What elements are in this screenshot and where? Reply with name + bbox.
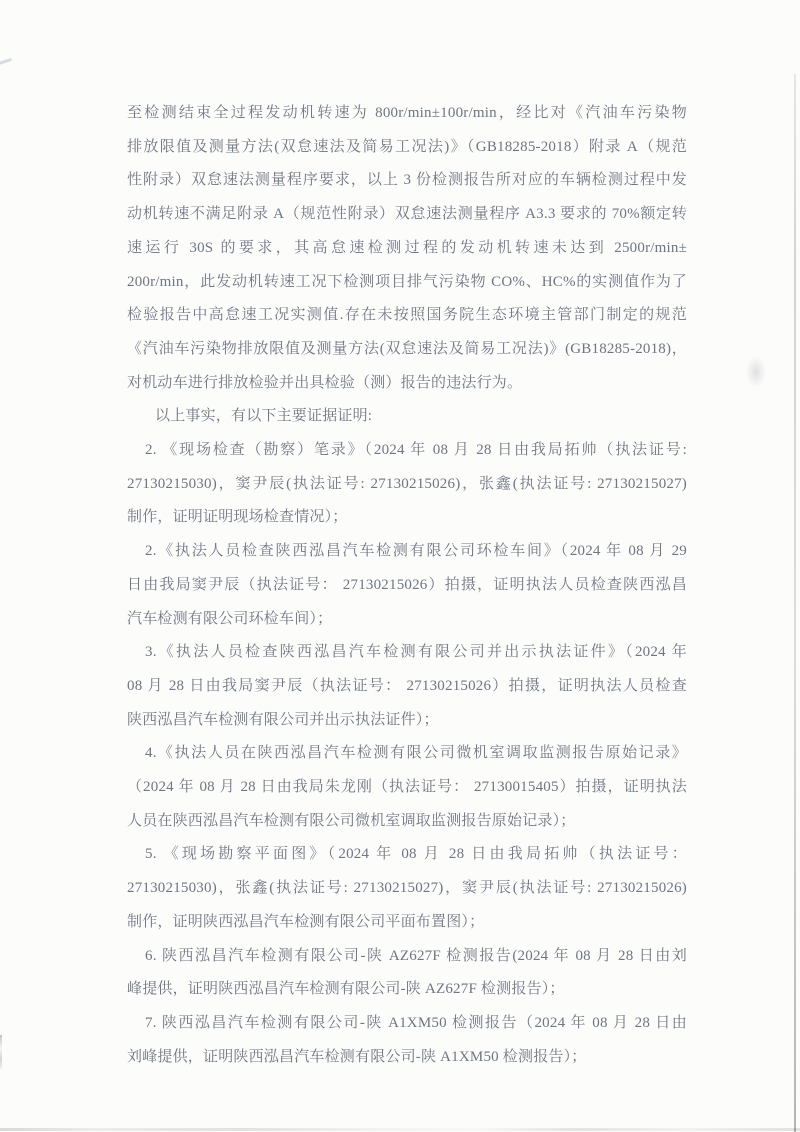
scan-edge-shadow-bottom — [0, 1128, 800, 1131]
text-line: 动机转速不满足附录 A（规范性附录）双怠速法测量程序 A3.3 要求的 70%额… — [127, 198, 687, 232]
text-line: 排放限值及测量方法(双怠速法及简易工况法)》（GB18285-2018）附录 A… — [127, 131, 687, 165]
text-line: （2024 年 08 月 28 日由我局朱龙刚（执法证号： 2713001540… — [127, 771, 687, 805]
scan-edge-shadow-right — [794, 74, 796, 1132]
text-line: 人员在陕西泓昌汽车检测有限公司微机室调取监测报告原始记录）； — [127, 805, 687, 839]
text-line: 6. 陕西泓昌汽车检测有限公司-陕 AZ627F 检测报告(2024 年 08 … — [127, 940, 687, 974]
text-line: 以上事实，有以下主要证据证明: — [127, 400, 687, 434]
scan-smudge — [746, 356, 766, 388]
scan-artifact-left-edge — [0, 1035, 2, 1069]
text-line: 检验报告中高怠速工况实测值.存在未按照国务院生态环境主管部门制定的规范 — [127, 299, 687, 333]
text-line: 200r/min，此发动机转速工况下检测项目排气污染物 CO%、HC%的实测值作… — [127, 266, 687, 300]
text-line: 08 月 28 日由我局窦尹辰（执法证号： 27130215026）拍摄，证明执… — [127, 670, 687, 704]
text-line: 4.《执法人员在陕西泓昌汽车检测有限公司微机室调取监测报告原始记录》 — [127, 737, 687, 771]
text-line: 刘峰提供，证明陕西泓昌汽车检测有限公司-陕 A1XM50 检测报告）； — [127, 1041, 687, 1075]
text-line: 《汽油车污染物排放限值及测量方法(双怠速法及简易工况法)》(GB18285-20… — [127, 333, 687, 367]
document-body: 至检测结束全过程发动机转速为 800r/min±100r/min，经比对《汽油车… — [127, 97, 687, 1074]
text-line: 汽车检测有限公司环检车间）； — [127, 603, 687, 637]
text-line: 制作，证明陕西泓昌汽车检测有限公司平面布置图）； — [127, 906, 687, 940]
text-line: 陕西泓昌汽车检测有限公司并出示执法证件）； — [127, 704, 687, 738]
text-line: 日由我局窦尹辰（执法证号： 27130215026）拍摄，证明执法人员检查陕西泓… — [127, 569, 687, 603]
text-line: 5. 《现场勘察平面图》（2024 年 08 月 28 日由我局拓帅（执法证号： — [127, 838, 687, 872]
text-line: 性附录）双怠速法测量程序要求，以上 3 份检测报告所对应的车辆检测过程中发 — [127, 164, 687, 198]
text-line: 峰提供，证明陕西泓昌汽车检测有限公司-陕 AZ627F 检测报告）； — [127, 973, 687, 1007]
text-line: 对机动车进行排放检验并出具检验（测）报告的违法行为。 — [127, 367, 687, 401]
text-line: 2.《执法人员检查陕西泓昌汽车检测有限公司环检车间》（2024 年 08 月 2… — [127, 535, 687, 569]
text-line: 至检测结束全过程发动机转速为 800r/min±100r/min，经比对《汽油车… — [127, 97, 687, 131]
text-line: 3.《执法人员检查陕西泓昌汽车检测有限公司并出示执法证件》（2024 年 — [127, 636, 687, 670]
scan-artifact-top-left — [0, 58, 12, 65]
text-line: 2. 《现场检查（勘察）笔录》（2024 年 08 月 28 日由我局拓帅（执法… — [127, 434, 687, 468]
text-line: 27130215030)，张鑫(执法证号: 27130215027)，窦尹辰(执… — [127, 872, 687, 906]
text-line: 制作，证明证明现场检查情况）； — [127, 501, 687, 535]
text-line: 速运行 30S 的要求，其高怠速检测过程的发动机转速未达到 2500r/min± — [127, 232, 687, 266]
document-page: 至检测结束全过程发动机转速为 800r/min±100r/min，经比对《汽油车… — [0, 0, 800, 1132]
text-line: 7. 陕西泓昌汽车检测有限公司-陕 A1XM50 检测报告（2024 年 08 … — [127, 1007, 687, 1041]
text-line: 27130215030)，窦尹辰(执法证号: 27130215026)，张鑫(执… — [127, 468, 687, 502]
